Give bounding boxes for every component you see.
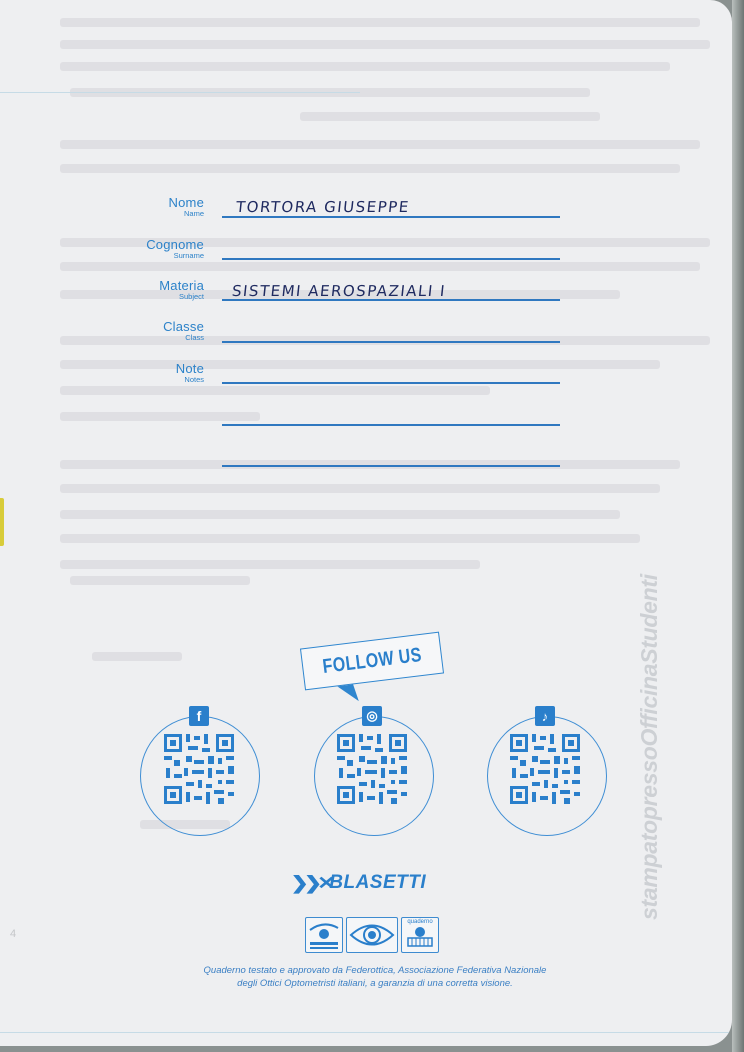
notebook-back-cover: Nome Name TORTORA GIUSEPPE Cognome Surna… (0, 0, 732, 1046)
certification-caption: Quaderno testato e approvato da Federott… (180, 964, 570, 990)
name-field[interactable] (222, 216, 560, 218)
name-label: Nome Name (169, 196, 204, 218)
notes-field[interactable] (222, 382, 560, 384)
notes-field-line-3[interactable] (222, 465, 560, 467)
federottica-logo (305, 917, 343, 953)
facebook-qr-code[interactable] (164, 734, 234, 804)
notes-field-line-2[interactable] (222, 424, 560, 426)
quaderno-visione-sicura-logo: quaderno (401, 917, 439, 953)
tiktok-icon: ♪ (535, 706, 555, 726)
ruled-line (0, 92, 360, 93)
instagram-icon: ◎ (362, 706, 382, 726)
name-handwritten-value: TORTORA GIUSEPPE (235, 198, 411, 216)
class-label: Classe Class (163, 320, 204, 342)
page-mark: 4 (10, 928, 16, 940)
tiktok-qr-code[interactable] (510, 734, 580, 804)
ruled-line (0, 1032, 732, 1033)
printed-by-vertical-text: stampatopressoOfficinaStudenti (636, 574, 663, 920)
notebook-edge (732, 0, 744, 1052)
subject-handwritten-value: SISTEMI AEROSPAZIALI I (231, 282, 447, 300)
facebook-icon: f (189, 706, 209, 726)
follow-us-banner: FOLLOW US (300, 632, 444, 691)
subject-label: Materia Subject (159, 279, 204, 301)
subject-field[interactable] (222, 299, 560, 301)
class-field[interactable] (222, 341, 560, 343)
yellow-bookmark-tab (0, 498, 4, 546)
blasetti-logo: ❯❯✕ BLASETTI (294, 872, 426, 894)
eye-logo (346, 917, 398, 953)
notes-label: Note Notes (176, 362, 204, 384)
surname-label: Cognome Surname (146, 238, 204, 260)
chevrons-icon: ❯❯✕ (291, 873, 331, 894)
instagram-qr-code[interactable] (337, 734, 407, 804)
surname-field[interactable] (222, 258, 560, 260)
